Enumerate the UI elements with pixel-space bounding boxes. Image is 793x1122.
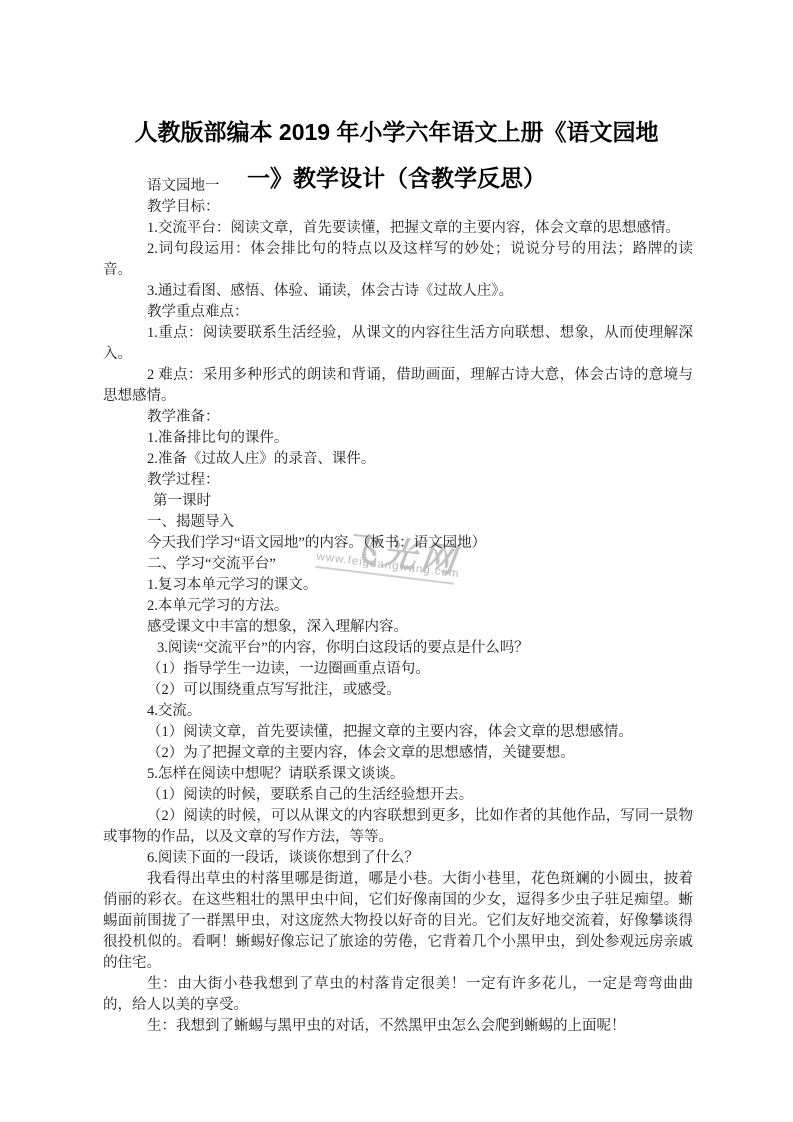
section-heading-process: 教学过程： — [103, 470, 693, 491]
paragraph: 1.重点：阅读要联系生活经验，从课文的内容往生活方向联想、想象，从而使理解深入。 — [103, 323, 693, 365]
paragraph: 3.通过看图、感悟、体验、诵读，体会古诗《过故人庄》。 — [103, 281, 693, 302]
paragraph: （2）可以围绕重点写写批注，或感受。 — [103, 680, 693, 701]
paragraph: 1.复习本单元学习的课文。 — [103, 575, 693, 596]
paragraph: 1.准备排比句的课件。 — [103, 428, 693, 449]
section-heading-preparation: 教学准备： — [103, 407, 693, 428]
section-heading-platform: 二、学习“交流平台” — [103, 554, 693, 575]
paragraph: （1）指导学生一边读，一边圈画重点语句。 — [103, 659, 693, 680]
paragraph: （1）阅读的时候，要联系自己的生活经验想开去。 — [103, 785, 693, 806]
document-page: 飞光网 www.feiguangwang.com 人教版部编本 2019 年小学… — [0, 0, 793, 1122]
paragraph: 2.准备《过故人庄》的录音、课件。 — [103, 449, 693, 470]
paragraph: 感受课文中丰富的想象，深入理解内容。 — [103, 617, 693, 638]
document-body: 语文园地一 教学目标： 1.交流平台：阅读文章，首先要读懂，把握文章的主要内容，… — [103, 176, 693, 1037]
paragraph: 6.阅读下面的一段话，谈谈你想到了什么？ — [103, 848, 693, 869]
paragraph: （2）为了把握文章的主要内容，体会文章的思想感情，关键要想。 — [103, 743, 693, 764]
paragraph: 2.词句段运用：体会排比句的特点以及这样写的妙处；说说分号的用法；路牌的读音。 — [103, 239, 693, 281]
paragraph: 5.怎样在阅读中想呢？请联系课文谈谈。 — [103, 764, 693, 785]
section-heading-objectives: 教学目标： — [103, 197, 693, 218]
heading-first-lesson: 第一课时 — [103, 491, 693, 512]
paragraph: 3.阅读“交流平台”的内容，你明白这段话的要点是什么吗？ — [103, 638, 693, 659]
student-response: 生：由大街小巷我想到了草虫的村落肯定很美！一定有许多花儿，一定是弯弯曲曲的，给人… — [103, 974, 693, 1016]
paragraph: 2 难点：采用多种形式的朗读和背诵，借助画面，理解古诗大意，体会古诗的意境与思想… — [103, 365, 693, 407]
paragraph: 4.交流。 — [103, 701, 693, 722]
paragraph: 今天我们学习“语文园地”的内容。（板书：语文园地） — [103, 533, 693, 554]
section-heading-intro: 一、揭题导入 — [103, 512, 693, 533]
page-title-line1: 人教版部编本 2019 年小学六年语文上册《语文园地 — [135, 119, 659, 145]
paragraph: （2）阅读的时候，可以从课文的内容联想到更多，比如作者的其他作品，写同一景物或事… — [103, 806, 693, 848]
quoted-passage: 我看得出草虫的村落里哪是街道，哪是小巷。大街小巷里，花色斑斓的小圆虫，披着俏丽的… — [103, 869, 693, 974]
section-heading-key-points: 教学重点难点： — [103, 302, 693, 323]
paragraph: 1.交流平台：阅读文章，首先要读懂，把握文章的主要内容，体会文章的思想感情。 — [103, 218, 693, 239]
paragraph: 2.本单元学习的方法。 — [103, 596, 693, 617]
student-response: 生：我想到了蜥蜴与黑甲虫的对话，不然黑甲虫怎么会爬到蜥蜴的上面呢！ — [103, 1016, 693, 1037]
doc-subtitle: 语文园地一 — [103, 176, 693, 197]
paragraph: （1）阅读文章，首先要读懂，把握文章的主要内容，体会文章的思想感情。 — [103, 722, 693, 743]
